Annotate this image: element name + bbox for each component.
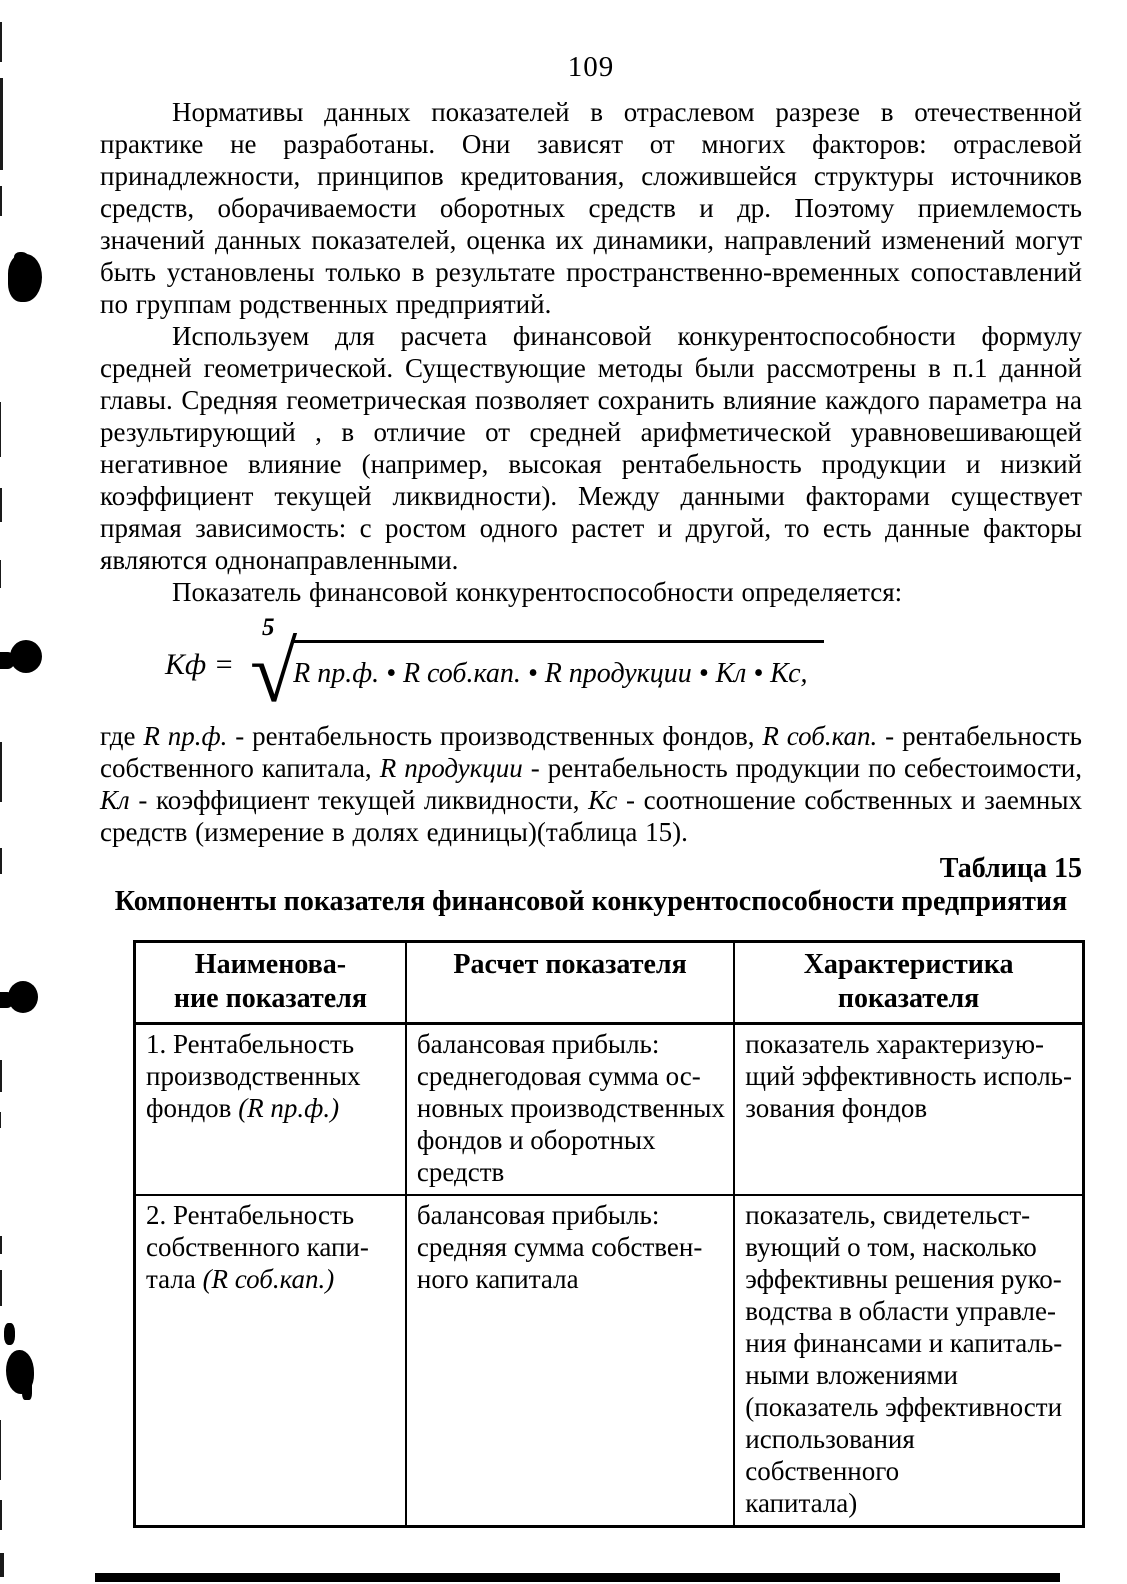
scan-edge-mark xyxy=(0,1500,2,1530)
formula-radicand: R пр.ф. • R соб.кап. • R продукции • Кл … xyxy=(291,640,823,692)
formula-root-index: 5 xyxy=(262,614,275,642)
scan-edge-mark xyxy=(0,1553,4,1577)
ink-blob xyxy=(0,652,15,669)
formula-lhs: Кф = xyxy=(165,648,234,682)
table-row: 2. Рентабельность собственного капи- тал… xyxy=(135,1195,1084,1527)
scan-edge-mark xyxy=(0,742,2,802)
paragraph-normatives: Нормативы данных показателей в отраслево… xyxy=(100,96,1082,320)
scan-edge-mark xyxy=(0,848,2,874)
table-title: Компоненты показателя финансовой конкуре… xyxy=(100,885,1082,918)
where-definitions-paragraph: где R пр.ф. - рентабельность производств… xyxy=(100,720,1082,848)
scan-edge-mark xyxy=(0,1060,2,1092)
formula-root: 5 √ R пр.ф. • R соб.кап. • R продукции •… xyxy=(250,640,824,704)
scanned-document-page: 109 Нормативы данных показателей в отрас… xyxy=(0,0,1127,1584)
cell-indicator-characteristic: показатель, свидетельст- вующий о том, н… xyxy=(734,1195,1083,1527)
scan-edge-mark xyxy=(0,1270,2,1306)
scan-edge-mark xyxy=(0,78,3,170)
financial-competitiveness-formula: Кф = 5 √ R пр.ф. • R соб.кап. • R продук… xyxy=(165,612,1082,712)
ink-blob xyxy=(14,252,30,266)
text-block: 109 Нормативы данных показателей в отрас… xyxy=(100,0,1082,1528)
scan-edge-mark xyxy=(0,488,2,522)
cell-indicator-name: 1. Рентабельность производственных фондо… xyxy=(135,1024,406,1196)
cell-indicator-calculation: балансовая прибыль: среднегодовая сумма … xyxy=(406,1024,734,1196)
cell-indicator-name: 2. Рентабельность собственного капи- тал… xyxy=(135,1195,406,1527)
scan-edge-mark xyxy=(0,1236,2,1254)
scan-edge-mark xyxy=(0,22,2,62)
scan-edge-mark xyxy=(0,402,1,457)
header-cell-indicator-name: Наименова- ние показателя xyxy=(135,942,406,1024)
paragraph-geometric-mean: Используем для расчета финансовой конкур… xyxy=(100,320,1082,576)
scan-edge-mark xyxy=(0,186,2,216)
table-row: 1. Рентабельность производственных фондо… xyxy=(135,1024,1084,1196)
table-header-row: Наименова- ние показателя Расчет показат… xyxy=(135,942,1084,1024)
header-cell-indicator-characteristic: Характеристика показателя xyxy=(734,942,1083,1024)
scan-edge-mark xyxy=(0,1420,1,1480)
page-number: 109 xyxy=(100,50,1082,84)
scan-bottom-bar xyxy=(95,1573,1060,1582)
components-table: Наименова- ние показателя Расчет показат… xyxy=(133,940,1085,1528)
ink-blob xyxy=(22,1378,32,1400)
paragraph-formula-intro: Показатель финансовой конкурентоспособно… xyxy=(100,576,1082,608)
table-label: Таблица 15 xyxy=(100,852,1082,885)
header-cell-indicator-calculation: Расчет показателя xyxy=(406,942,734,1024)
cell-indicator-calculation: балансовая прибыль: средняя сумма собств… xyxy=(406,1195,734,1527)
cell-indicator-characteristic: показатель характеризую- щий эффективнос… xyxy=(734,1024,1083,1196)
scan-edge-mark xyxy=(0,1112,1,1128)
scan-edge-mark xyxy=(0,560,1,588)
ink-blob xyxy=(4,1323,15,1345)
ink-blob xyxy=(0,992,14,1008)
radical-sign-icon: √ xyxy=(250,640,297,704)
ink-blob xyxy=(10,640,42,673)
